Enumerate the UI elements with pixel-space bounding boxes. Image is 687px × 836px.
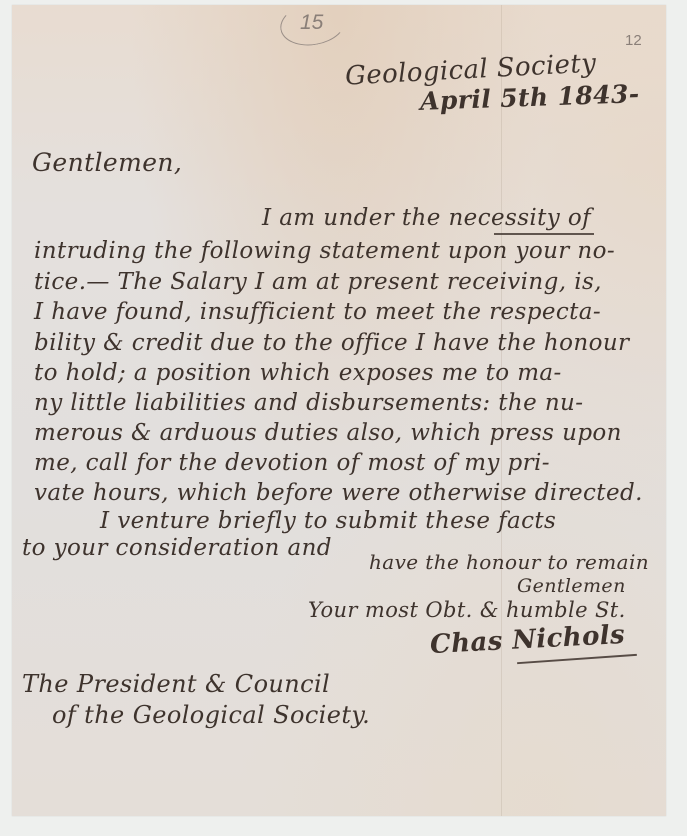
body-line-9: me, call for the devotion of most of my … <box>34 450 550 476</box>
circled-archive-number: 15 <box>300 11 323 35</box>
body-line-8: merous & arduous duties also, which pres… <box>34 420 622 446</box>
body-line-10: vate hours, which before were otherwise … <box>34 480 643 506</box>
letter-page: 15 12 Geological Society April 5th 1843-… <box>12 5 666 816</box>
closing-line-1: have the honour to remain <box>369 550 649 574</box>
body-line-6: to hold; a position which exposes me to … <box>34 360 562 386</box>
header-date: April 5th 1843- <box>420 79 640 116</box>
body-line-7: ny little liabilities and disbursements:… <box>34 390 583 416</box>
body-line-3: tice.— The Salary I am at present receiv… <box>34 269 602 295</box>
body-line-12: to your consideration and <box>22 535 332 561</box>
body-line-1: I am under the necessity of <box>262 205 591 231</box>
body-line-11: I venture briefly to submit these facts <box>100 508 556 534</box>
closing-line-3: Your most Obt. & humble St. <box>308 598 626 622</box>
body-line-5: bility & credit due to the office I have… <box>34 330 629 356</box>
folio-number: 12 <box>625 32 642 49</box>
signature-flourish <box>517 654 637 664</box>
body-line-4: I have found, insufficient to meet the r… <box>34 299 601 325</box>
closing-line-2: Gentlemen <box>517 575 626 597</box>
salutation: Gentlemen, <box>32 148 182 177</box>
addressee-line-2: of the Geological Society. <box>52 701 370 729</box>
addressee-line-1: The President & Council <box>22 670 330 698</box>
signature: Chas Nichols <box>429 620 625 660</box>
body-line-2: intruding the following statement upon y… <box>34 238 615 264</box>
necessity-underline <box>494 233 594 235</box>
